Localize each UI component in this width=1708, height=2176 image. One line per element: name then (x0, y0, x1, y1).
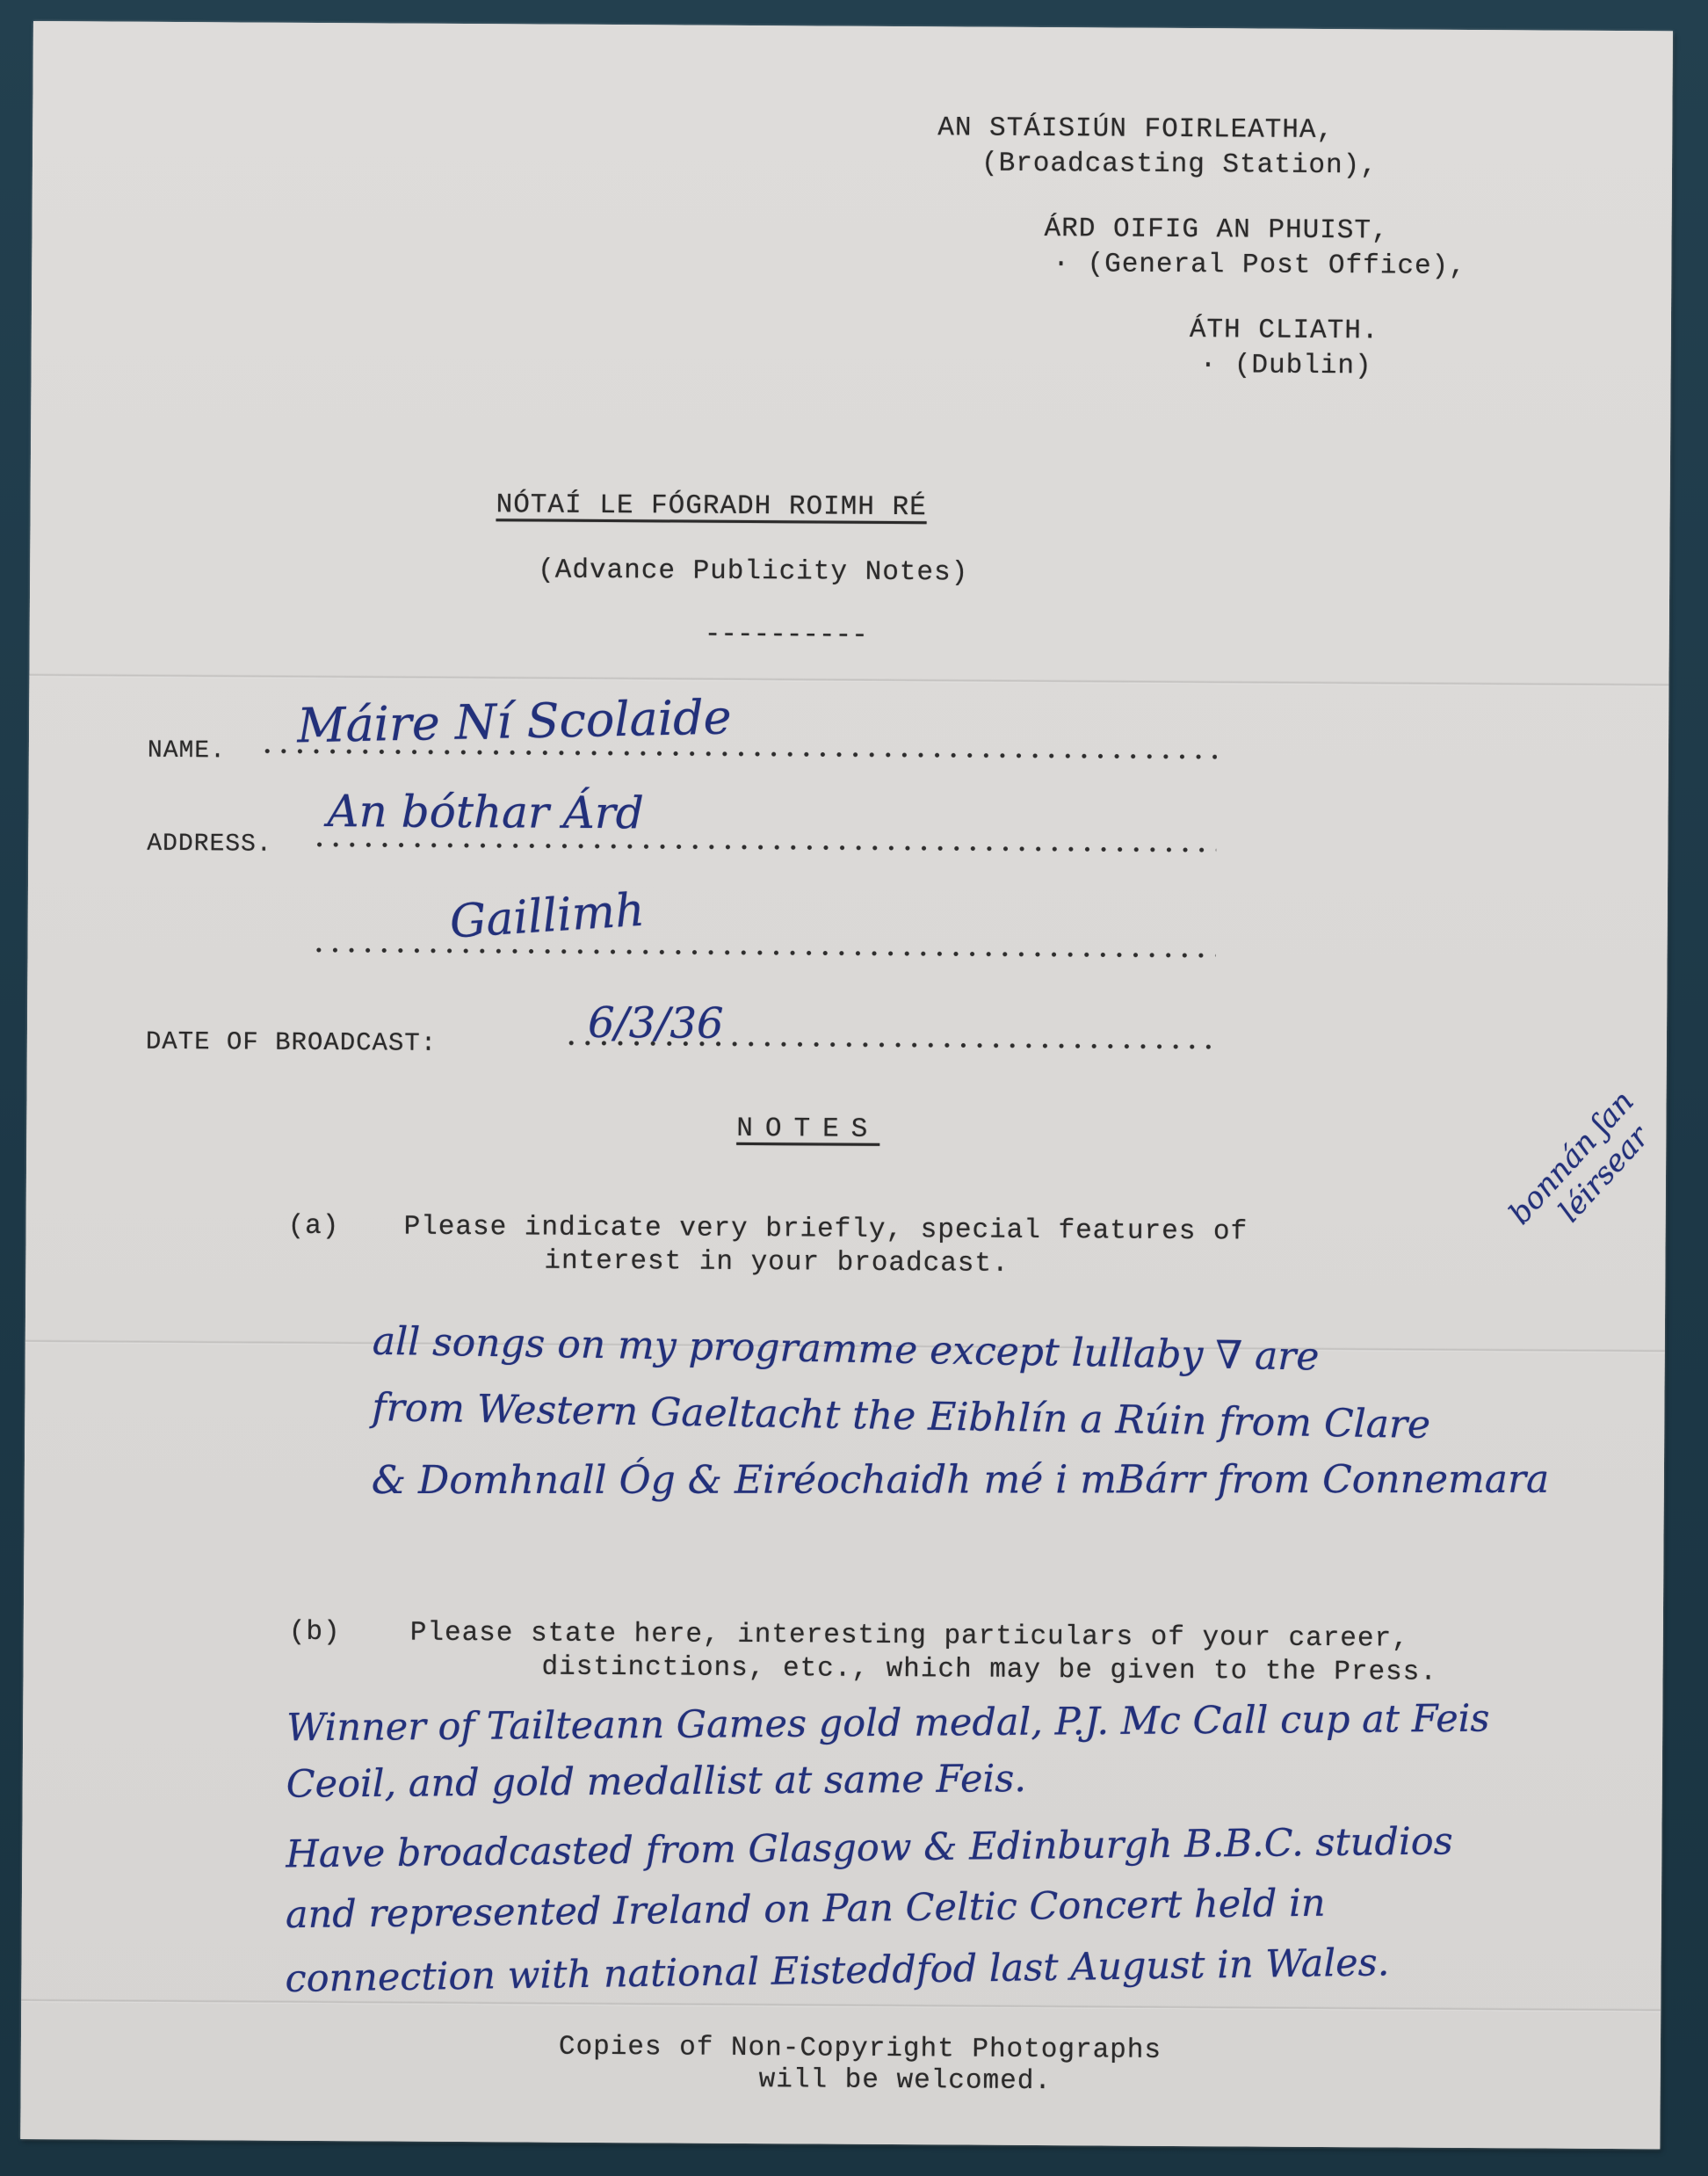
question-b-text-line1: Please state here, interesting particula… (410, 1618, 1409, 1655)
answer-b-line: Ceoil, and gold medallist at same Feis. (286, 1757, 1027, 1807)
letterhead-station-irish: AN STÁISIÚN FOIRLEATHA, (937, 112, 1334, 146)
form-title-irish: NÓTAÍ LE FÓGRADH ROIMH RÉ (496, 490, 927, 523)
answer-b-line: Winner of Tailteann Games gold medal, P.… (286, 1697, 1490, 1751)
letterhead-station-english: (Broadcasting Station), (981, 149, 1378, 182)
letterhead-city-irish: ÁTH CLIATH. (1190, 315, 1379, 346)
address-field-dotted-line-2 (311, 947, 1216, 958)
paper-fold-line (29, 673, 1668, 686)
notes-heading: NOTES (736, 1113, 879, 1145)
question-a-text-line1: Please indicate very briefly, special fe… (404, 1212, 1248, 1248)
address-field-dotted-line (311, 842, 1216, 852)
answer-b-line: and represented Ireland on Pan Celtic Co… (286, 1882, 1326, 1937)
answer-a-line: all songs on my programme except lullaby… (372, 1319, 1319, 1380)
letterhead-city-english: · (Dublin) (1200, 350, 1372, 381)
question-a-marker: (a) (288, 1211, 340, 1242)
question-b-text-line2: distinctions, etc., which may be given t… (541, 1652, 1437, 1688)
title-rule: ---------- (705, 620, 868, 651)
question-b-marker: (b) (289, 1617, 341, 1648)
footer-photographs-note-line2: will be welcomed. (759, 2064, 1052, 2097)
form-title-english: (Advance Publicity Notes) (538, 555, 968, 589)
answer-b-line: connection with national Eisteddfod last… (285, 1940, 1389, 2001)
answer-a-line: from Western Gaeltacht the Eibhlín a Rúi… (372, 1385, 1430, 1447)
publicity-form-sheet: AN STÁISIÚN FOIRLEATHA, (Broadcasting St… (20, 21, 1673, 2149)
name-label: NAME. (148, 737, 226, 765)
question-a-text-line2: interest in your broadcast. (544, 1246, 1010, 1280)
name-field-value: Máire Ní Scolaide (297, 689, 733, 753)
letterhead-gpo-irish: ÁRD OIFIG AN PHUIST, (1044, 214, 1388, 246)
paper-fold-line (21, 1998, 1661, 2012)
date-of-broadcast-label: DATE OF BROADCAST: (146, 1027, 437, 1058)
margin-annotation: bonnán ʃan léirsear (1502, 1084, 1667, 1256)
answer-b-line: Have broadcasted from Glasgow & Edinburg… (286, 1819, 1453, 1876)
address-field-value-line2: Gaillimh (448, 884, 646, 949)
answer-a-line: & Domhnall Óg & Eiréochaidh mé i mBárr f… (372, 1457, 1549, 1503)
footer-photographs-note-line1: Copies of Non-Copyright Photographs (559, 2032, 1162, 2066)
address-field-value-line1: An bóthar Árd (327, 786, 644, 838)
address-label: ADDRESS. (147, 831, 272, 859)
date-of-broadcast-value: 6/3/36 (588, 998, 724, 1048)
letterhead-gpo-english: · (General Post Office), (1053, 249, 1466, 282)
